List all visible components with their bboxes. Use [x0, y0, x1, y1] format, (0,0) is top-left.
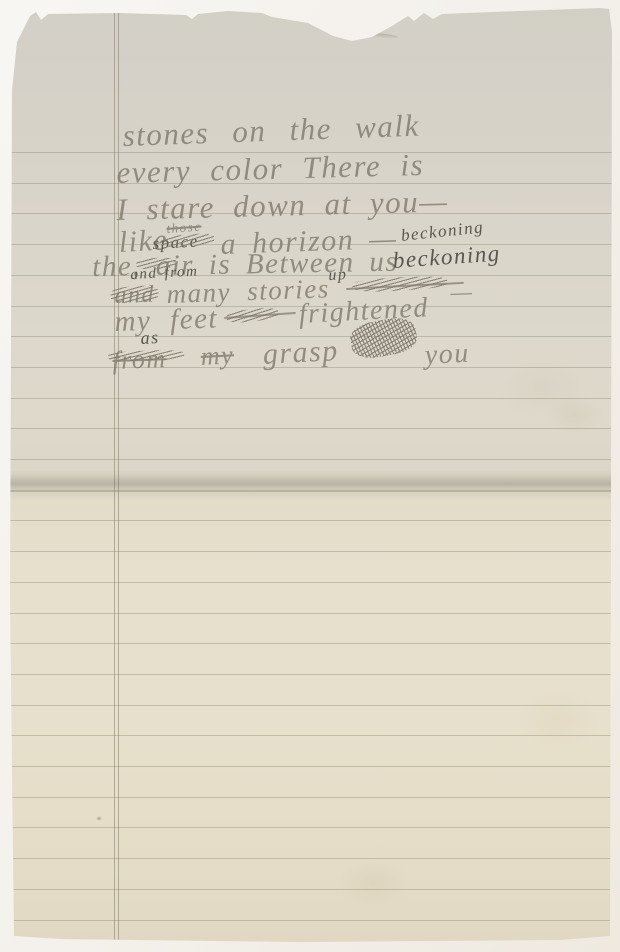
- torn-edge-shadow: [330, 30, 398, 40]
- ruled-line: [0, 889, 620, 890]
- paper-sheet: stones on the walkevery color There isI …: [0, 0, 620, 952]
- handwriting-line8-my: my: [200, 340, 235, 372]
- ruled-line: [0, 858, 620, 859]
- ruled-line: [0, 551, 620, 552]
- ruled-line: [0, 520, 620, 521]
- paper-stain: [545, 395, 605, 435]
- photo-backdrop: stones on the walkevery color There isI …: [0, 0, 620, 952]
- handwriting-line5-beckoning1: beckoning: [392, 240, 502, 273]
- fold-crease-line: [0, 491, 620, 492]
- ruled-line: [0, 643, 620, 644]
- ruled-line: [0, 428, 620, 429]
- paper-stain: [96, 816, 102, 821]
- handwriting-line6-up: up: [328, 266, 348, 285]
- ruled-line: [0, 920, 620, 921]
- handwriting-line8-grasp: grasp: [262, 334, 340, 372]
- ruled-line: [0, 459, 620, 460]
- handwriting-line1: stones on the walk: [122, 108, 420, 154]
- fold-crease: [0, 474, 620, 492]
- handwriting-line8-you: you: [424, 338, 471, 372]
- handwriting-line7-main: my feet: [114, 302, 219, 339]
- ruled-line: [0, 766, 620, 767]
- ruled-line: [0, 797, 620, 798]
- paper-stain: [515, 688, 600, 750]
- ruled-line: [0, 827, 620, 828]
- ruled-line: [0, 674, 620, 675]
- ruled-line: [0, 582, 620, 583]
- paper-stain: [338, 858, 410, 908]
- ruled-line: [0, 613, 620, 614]
